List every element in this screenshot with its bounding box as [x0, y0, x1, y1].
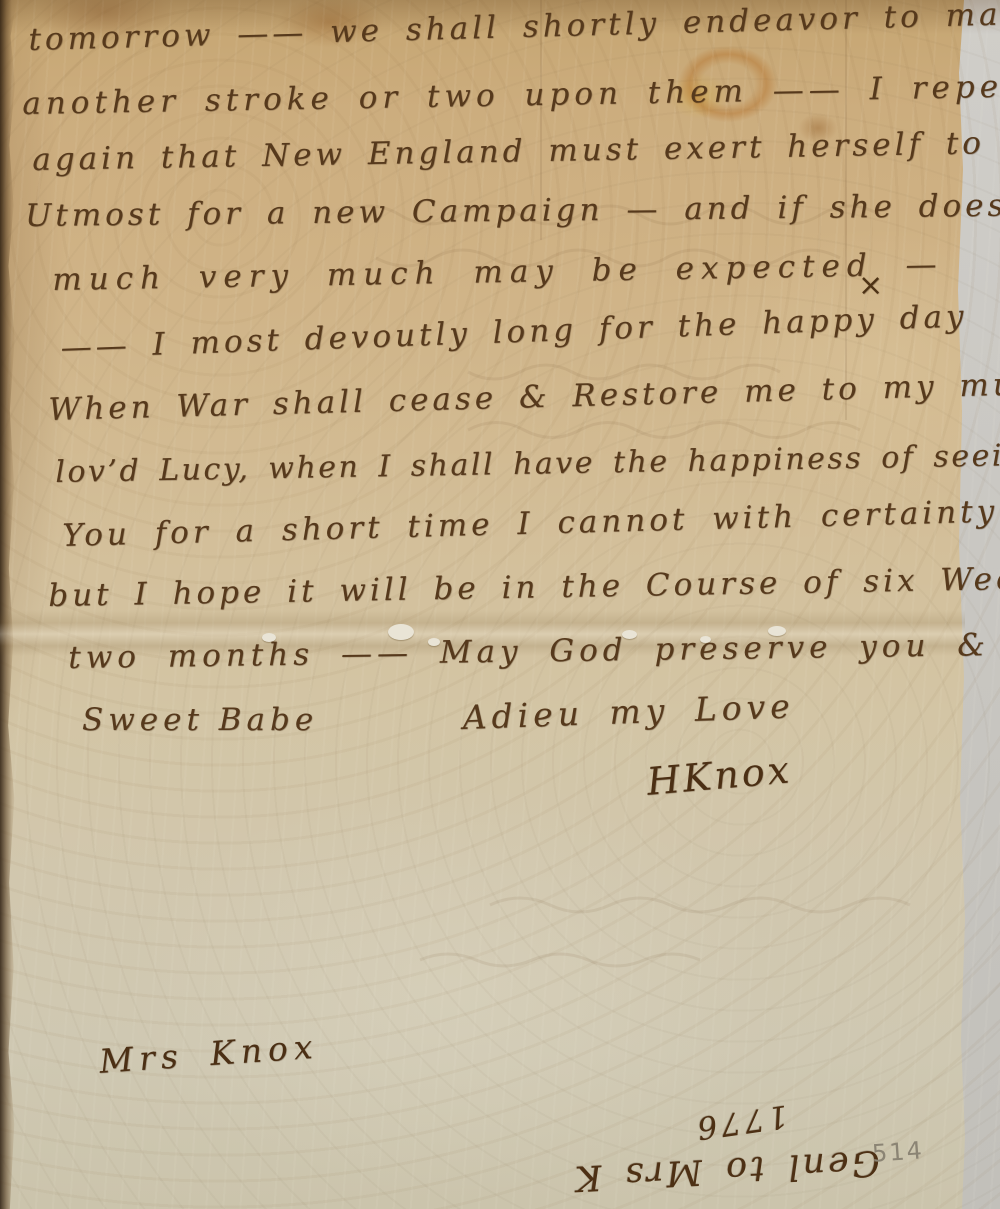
docket-line-2: 1776 [691, 1098, 790, 1147]
handwriting-line-12: Sweet Babe [82, 702, 318, 738]
page-number-pencil: 514 [871, 1136, 925, 1168]
insertion-cross-mark: × [858, 268, 883, 303]
docket-rotated-180: Genl to Mrs K 1776 [580, 1012, 880, 1196]
docket-line-1: Genl to Mrs K [572, 1142, 881, 1198]
scanned-letter-image: tomorrow —— we shall shortly endeavor to… [0, 0, 1000, 1209]
